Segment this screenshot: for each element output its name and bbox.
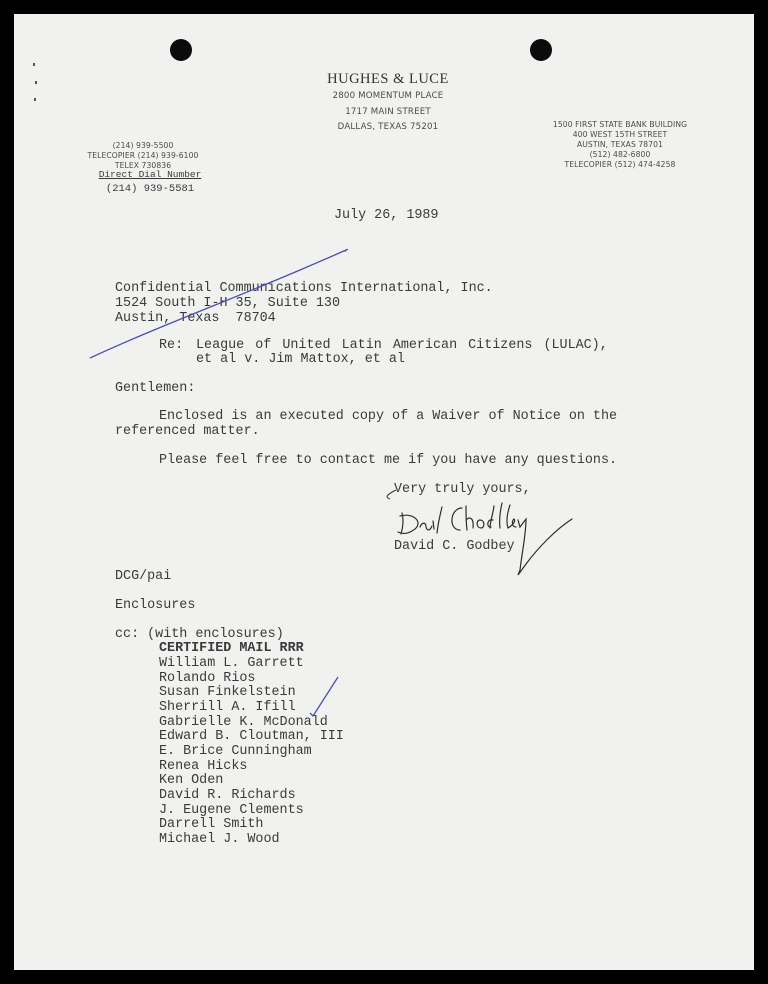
cc-recipient: J. Eugene Clements <box>159 804 304 819</box>
margin-speck <box>35 81 37 84</box>
direct-dial-label: Direct Dial Number <box>75 169 225 180</box>
body-paragraph-line: referenced matter. <box>115 425 260 440</box>
punch-hole-right <box>530 39 552 61</box>
letter-date: July 26, 1989 <box>334 209 438 224</box>
cc-recipient: William L. Garrett <box>159 657 304 672</box>
typist-initials: DCG/pai <box>115 570 171 585</box>
cc-recipient: Darrell Smith <box>159 818 263 833</box>
cc-recipient: Rolando Rios <box>159 672 255 687</box>
dallas-address-line: 1717 MAIN STREET <box>288 107 488 117</box>
cc-recipient: E. Brice Cunningham <box>159 745 312 760</box>
cc-recipient: Susan Finkelstein <box>159 686 296 701</box>
closing: Very truly yours, <box>394 483 531 498</box>
cc-recipient: David R. Richards <box>159 789 296 804</box>
cc-recipient: Sherrill A. Ifill <box>159 701 296 716</box>
punch-hole-left <box>170 39 192 61</box>
recipient-line: Confidential Communications Internationa… <box>115 282 493 297</box>
cc-recipient: Ken Oden <box>159 774 223 789</box>
body-paragraph-line: Enclosed is an executed copy of a Waiver… <box>159 410 617 425</box>
cc-method: CERTIFIED MAIL RRR <box>159 642 304 657</box>
salutation: Gentlemen: <box>115 382 195 397</box>
cc-recipient: Gabrielle K. McDonald <box>159 716 328 731</box>
re-line: et al v. Jim Mattox, et al <box>196 353 405 368</box>
re-label: Re: <box>159 339 183 354</box>
direct-dial-number: (214) 939-5581 <box>75 183 225 195</box>
margin-speck <box>33 63 35 66</box>
margin-speck <box>34 98 36 101</box>
firm-name: HUGHES & LUCE <box>288 71 488 88</box>
cc-recipient: Edward B. Cloutman, III <box>159 730 344 745</box>
signer-name: David C. Godbey <box>394 540 515 555</box>
cc-recipient: Renea Hicks <box>159 760 247 775</box>
austin-telecopier: TELECOPIER (512) 474-4258 <box>535 160 705 171</box>
dallas-address-line: 2800 MOMENTUM PLACE <box>288 91 488 101</box>
cc-recipient: Michael J. Wood <box>159 833 280 848</box>
recipient-line: 1524 South I-H 35, Suite 130 <box>115 297 340 312</box>
body-paragraph-line: Please feel free to contact me if you ha… <box>159 454 617 469</box>
enclosures-note: Enclosures <box>115 599 195 614</box>
recipient-line: Austin, Texas 78704 <box>115 312 276 327</box>
dallas-address-line: DALLAS, TEXAS 75201 <box>288 122 488 132</box>
